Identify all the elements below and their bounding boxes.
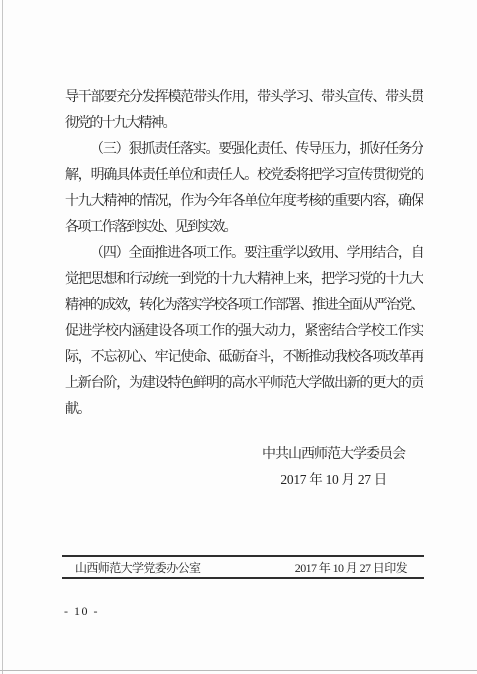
scan-edge-bottom <box>0 670 477 671</box>
body-line: 解，明确具体责任单位和责任人。校党委将把学习宣传贯彻党的 <box>65 163 423 189</box>
footer-office: 山西师范大学党委办公室 <box>75 559 200 576</box>
body-line: （三）狠抓责任落实。要强化责任、传导压力，抓好任务分 <box>65 137 423 163</box>
signature-org: 中共山西师范大学委员会 <box>262 443 405 463</box>
body-line: 导干部要充分发挥模范带头作用，带头学习、带头宣传、带头贯 <box>65 85 423 111</box>
body-line: 精神的成效，转化为落实学校各项工作部署、推进全面从严治党、 <box>65 293 423 319</box>
body-line: 际，不忘初心、牢记使命、砥砺奋斗，不断推动我校各项改革再 <box>65 345 423 371</box>
body-line: 上新台阶，为建设特色鲜明的高水平师范大学做出新的更大的贡 <box>65 371 423 397</box>
body-line: 觉把思想和行动统一到党的十九大精神上来，把学习党的十九大 <box>65 267 423 293</box>
document-page: 导干部要充分发挥模范带头作用，带头学习、带头宣传、带头贯 彻党的十九大精神。 （… <box>0 0 477 674</box>
body-line: （四）全面推进各项工作。要注重学以致用、学用结合，自 <box>65 241 423 267</box>
body-text: 导干部要充分发挥模范带头作用，带头学习、带头宣传、带头贯 彻党的十九大精神。 （… <box>65 85 423 423</box>
footer-bar: 山西师范大学党委办公室 2017 年 10 月 27 日印发 <box>62 555 424 579</box>
body-line: 彻党的十九大精神。 <box>65 111 423 137</box>
scan-edge-left <box>2 0 3 674</box>
body-line: 促进学校内涵建设各项工作的强大动力，紧密结合学校工作实 <box>65 319 423 345</box>
footer-print-date: 2017 年 10 月 27 日印发 <box>295 559 407 576</box>
body-line: 各项工作落到实处、见到实效。 <box>65 215 423 241</box>
body-line: 十九大精神的情况，作为今年各单位年度考核的重要内容，确保 <box>65 189 423 215</box>
page-number: - 10 - <box>64 604 99 619</box>
signature-date: 2017 年 10 月 27 日 <box>280 468 387 488</box>
body-line: 献。 <box>65 397 423 423</box>
